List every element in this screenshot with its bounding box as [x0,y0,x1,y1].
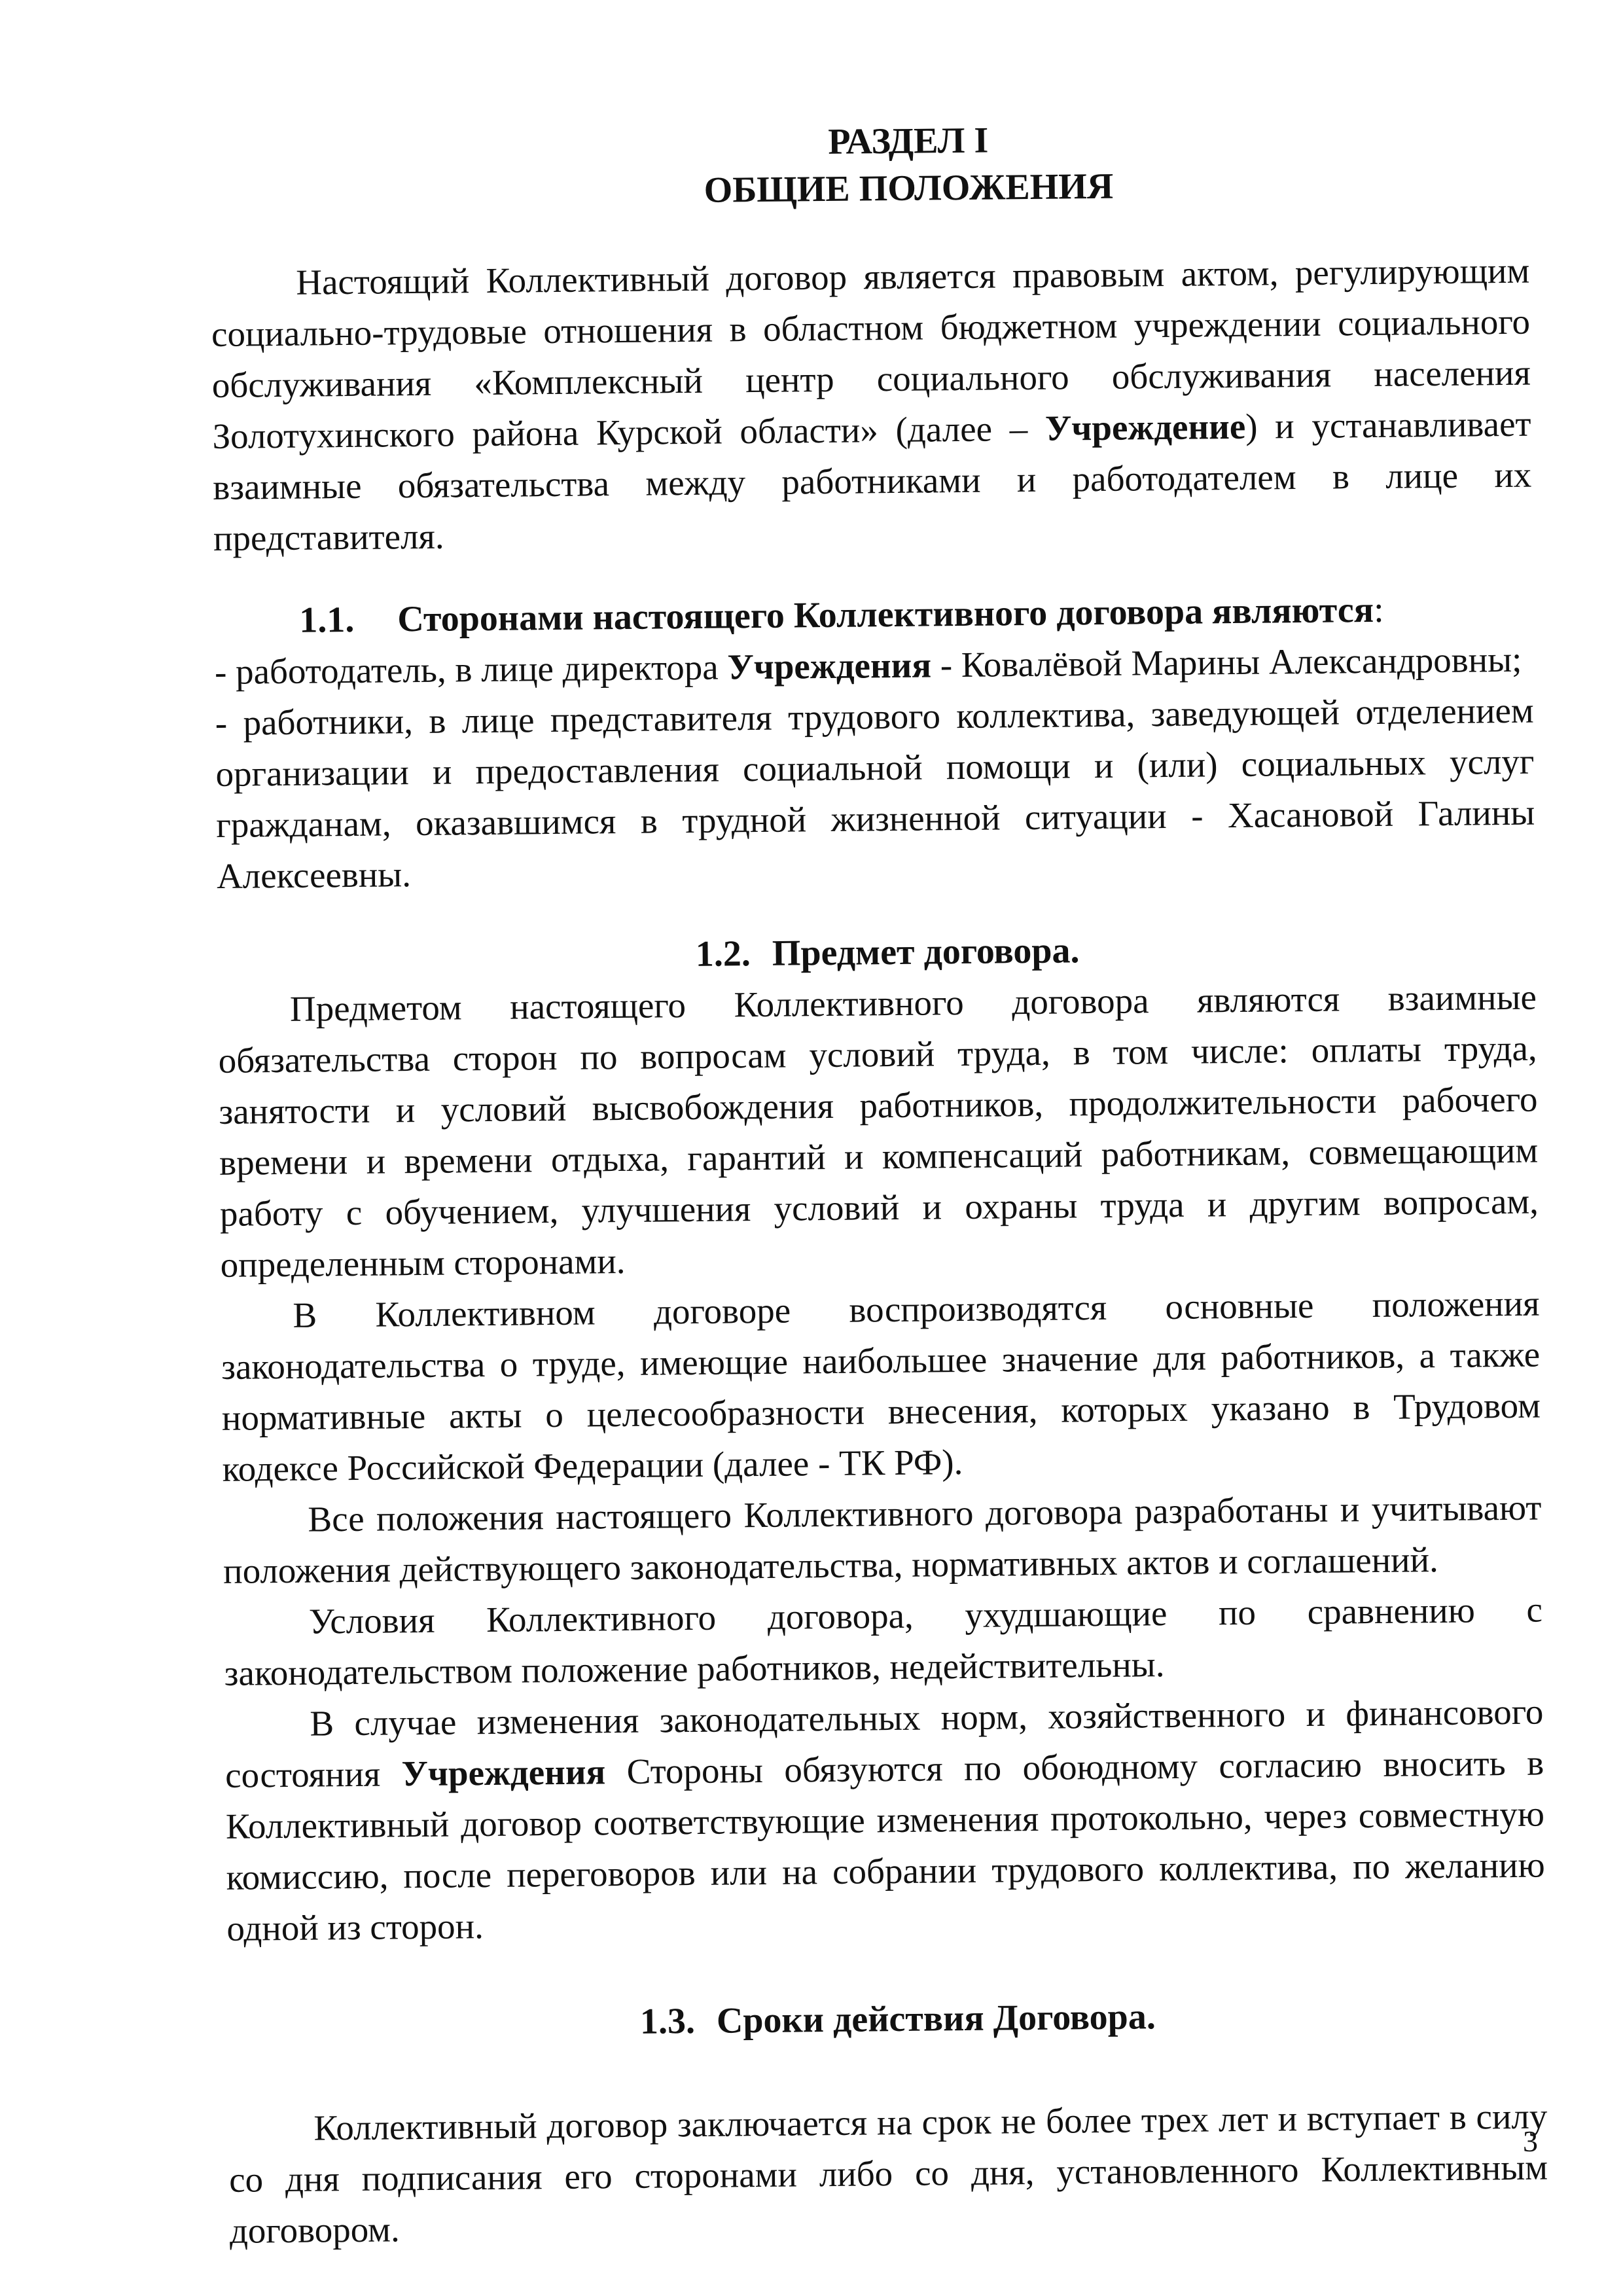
clause-title: Сроки действия Договора. [717,1996,1156,2041]
employer-text-2: - Ковалёвой Марины Александровны; [931,639,1522,685]
subject-paragraph-1: Предметом настоящего Коллективного догов… [218,972,1539,1291]
intro-bold-term: Учреждение [1045,406,1246,448]
clause-title: Сторонами настоящего Коллективного догов… [397,590,1374,639]
subject-paragraph-4: Условия Коллективного договора, ухудшающ… [224,1585,1543,1699]
clause-number: 1.3. [618,1996,717,2047]
clause-1-3-heading: 1.3.Сроки действия Договора. [228,1988,1547,2051]
subject-paragraph-2: В Коллективном договоре воспроизводятся … [221,1278,1541,1495]
document-page: РАЗДЕЛ I ОБЩИЕ ПОЛОЖЕНИЯ Настоящий Колле… [0,0,1623,2296]
clause-colon: : [1374,590,1384,630]
employer-bold-term: Учреждения [727,645,931,687]
employer-text-1: - работодатель, в лице директора [215,647,728,692]
term-paragraph: Коллективный договор заключается на срок… [228,2091,1548,2257]
intro-paragraph: Настоящий Коллективный договор является … [211,245,1532,564]
section-heading: РАЗДЕЛ I ОБЩИЕ ПОЛОЖЕНИЯ [209,112,1529,219]
page-content: РАЗДЕЛ I ОБЩИЕ ПОЛОЖЕНИЯ Настоящий Колле… [209,112,1548,2257]
clause-number: 1.2. [674,928,773,980]
subject-paragraph-5: В случае изменения законодательных норм,… [224,1687,1546,1954]
subject-paragraph-3: Все положения настоящего Коллективного д… [223,1482,1542,1597]
clause-number: 1.1. [299,594,398,645]
page-number: 3 [1523,2124,1538,2159]
clause-title: Предмет договора. [772,930,1080,974]
employees-party: - работники, в лице представителя трудов… [215,685,1535,902]
subject-bold-term: Учреждения [401,1751,605,1793]
